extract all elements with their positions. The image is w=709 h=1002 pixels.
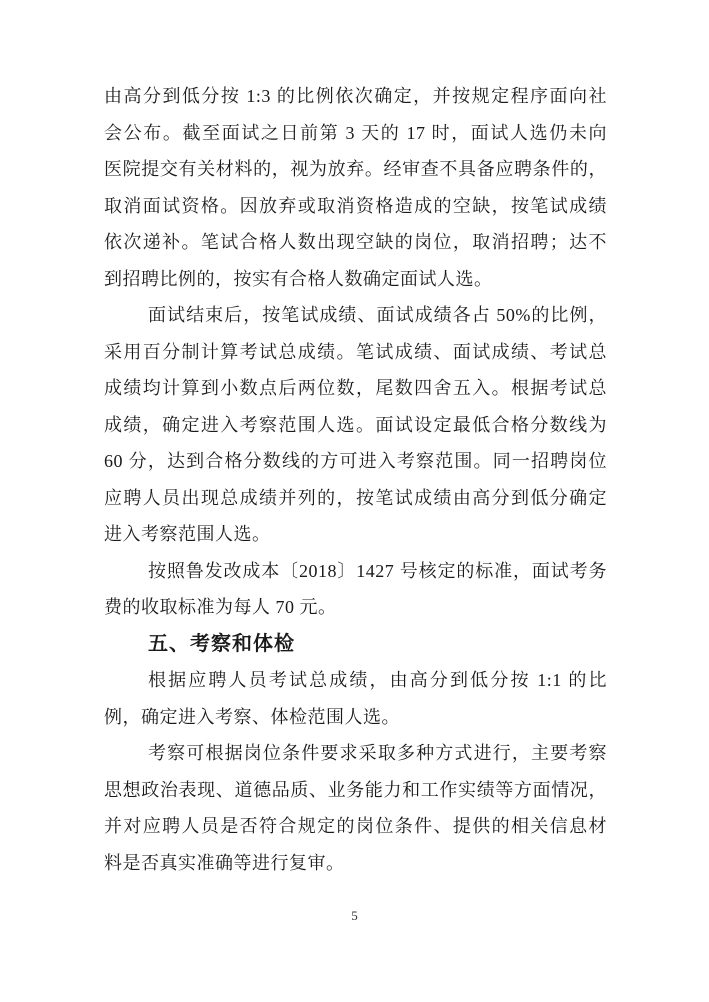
text-line: 费的收取标准为每人 70 元。: [104, 589, 607, 626]
text-line: 由高分到低分按 1:3 的比例依次确定，并按规定程序面向社: [104, 78, 607, 115]
text-line: 思想政治表现、道德品质、业务能力和工作实绩等方面情况，: [104, 772, 607, 809]
text-line: 采用百分制计算考试总成绩。笔试成绩、面试成绩、考试总: [104, 334, 607, 371]
text-line: 进入考察范围人选。: [104, 516, 607, 553]
text-line: 取消面试资格。因放弃或取消资格造成的空缺，按笔试成绩: [104, 188, 607, 225]
text-line: 例，确定进入考察、体检范围人选。: [104, 699, 607, 736]
document-body: 由高分到低分按 1:3 的比例依次确定，并按规定程序面向社会公布。截至面试之日前…: [104, 78, 607, 881]
text-line: 并对应聘人员是否符合规定的岗位条件、提供的相关信息材: [104, 808, 607, 845]
text-line: 成绩，确定进入考察范围人选。面试设定最低合格分数线为: [104, 407, 607, 444]
text-line: 料是否真实准确等进行复审。: [104, 845, 607, 882]
section-heading: 五、考察和体检: [104, 626, 607, 663]
text-line: 按照鲁发改成本〔2018〕1427 号核定的标准，面试考务: [104, 553, 607, 590]
text-line: 考察可根据岗位条件要求采取多种方式进行，主要考察: [104, 735, 607, 772]
page-number: 5: [0, 908, 709, 924]
text-line: 面试结束后，按笔试成绩、面试成绩各占 50%的比例，: [104, 297, 607, 334]
text-line: 依次递补。笔试合格人数出现空缺的岗位，取消招聘；达不: [104, 224, 607, 261]
text-line: 到招聘比例的，按实有合格人数确定面试人选。: [104, 261, 607, 298]
text-line: 应聘人员出现总成绩并列的，按笔试成绩由高分到低分确定: [104, 480, 607, 517]
document-page: 由高分到低分按 1:3 的比例依次确定，并按规定程序面向社会公布。截至面试之日前…: [0, 0, 709, 1002]
text-line: 60 分，达到合格分数线的方可进入考察范围。同一招聘岗位: [104, 443, 607, 480]
text-line: 根据应聘人员考试总成绩，由高分到低分按 1:1 的比: [104, 662, 607, 699]
text-line: 会公布。截至面试之日前第 3 天的 17 时，面试人选仍未向: [104, 115, 607, 152]
text-line: 成绩均计算到小数点后两位数，尾数四舍五入。根据考试总: [104, 370, 607, 407]
text-line: 医院提交有关材料的，视为放弃。经审查不具备应聘条件的，: [104, 151, 607, 188]
